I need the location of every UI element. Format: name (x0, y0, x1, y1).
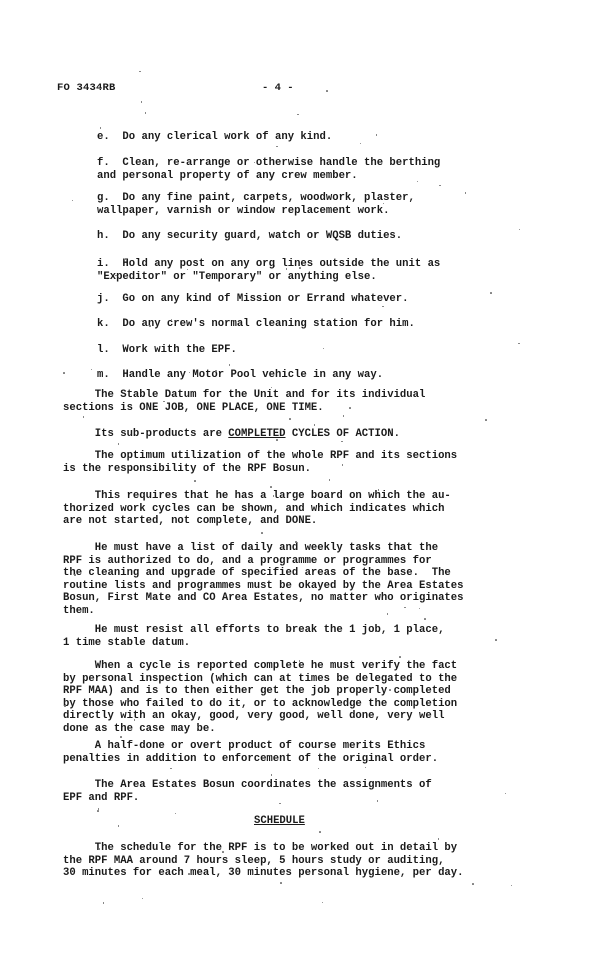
speck (97, 810, 99, 812)
speck (389, 689, 391, 691)
list-item: j. Go on any kind of Mission or Errand w… (97, 293, 527, 306)
paragraph-stable-datum: The Stable Datum for the Unit and for it… (63, 389, 543, 414)
speck (319, 831, 321, 833)
speck (376, 134, 378, 136)
speck (175, 813, 177, 815)
speck (438, 838, 440, 840)
speck (360, 143, 362, 145)
speck (318, 768, 320, 770)
speck (188, 873, 190, 875)
list-item: f. Clean, re-arrange or otherwise handle… (97, 157, 527, 182)
speck (490, 292, 492, 294)
paragraph-optimum: The optimum utilization of the whole RPF… (63, 450, 543, 475)
speck (439, 185, 441, 187)
speck (125, 258, 127, 260)
list-item: e. Do any clerical work of any kind. (97, 131, 527, 144)
speck (215, 370, 217, 372)
speck (323, 348, 325, 350)
speck (382, 306, 384, 308)
speck (261, 532, 263, 534)
speck (103, 902, 105, 904)
speck (98, 848, 100, 850)
speck (74, 574, 76, 576)
speck (349, 407, 351, 409)
speck (229, 364, 231, 366)
speck (91, 369, 93, 371)
speck (142, 898, 144, 900)
document-id: FO 3434RB (57, 82, 116, 94)
paragraph-verify: When a cycle is reported complete he mus… (63, 660, 543, 735)
paragraph-board: This requires that he has a large board … (63, 490, 543, 528)
speck (72, 200, 74, 202)
speck (222, 851, 224, 853)
speck (341, 441, 343, 443)
speck (163, 401, 165, 403)
list-item: i. Hold any post on any org lines outsid… (97, 258, 527, 283)
speck (63, 372, 65, 374)
speck (118, 825, 120, 827)
speck (194, 480, 196, 482)
paragraph-resist: He must resist all efforts to break the … (63, 624, 543, 649)
paragraph-schedule: The schedule for the RPF is to be worked… (63, 842, 543, 880)
page-number: - 4 - (262, 82, 294, 94)
list-item: g. Do any fine paint, carpets, woodwork,… (97, 192, 527, 217)
speck (83, 416, 85, 418)
speck (271, 774, 273, 776)
speck (495, 639, 497, 641)
speck (149, 325, 151, 327)
speck (145, 112, 147, 114)
speck (299, 267, 301, 269)
sub-products-suffix: CYCLES OF ACTION. (286, 428, 400, 440)
list-item: l. Work with the EPF. (97, 344, 527, 357)
speck (472, 883, 474, 885)
speck (424, 618, 426, 620)
speck (322, 902, 324, 904)
speck (314, 424, 316, 426)
speck (399, 656, 401, 658)
speck (134, 719, 136, 721)
speck (139, 71, 141, 73)
list-item: m. Handle any Motor Pool vehicle in any … (97, 369, 527, 382)
speck (276, 146, 278, 148)
list-item: h. Do any security guard, watch or WQSB … (97, 230, 527, 243)
speck (279, 803, 281, 805)
speck (365, 767, 367, 769)
speck (170, 768, 172, 770)
speck (64, 705, 66, 707)
speck (297, 114, 299, 116)
schedule-heading: SCHEDULE (254, 815, 305, 827)
speck (511, 885, 513, 887)
paragraph-list-tasks: He must have a list of daily and weekly … (63, 542, 543, 617)
document-page: FO 3434RB - 4 - e. Do any clerical work … (0, 0, 600, 956)
speck (197, 726, 199, 728)
speck (276, 439, 278, 441)
paragraph-coordinates: The Area Estates Bosun coordinates the a… (63, 779, 543, 804)
sub-products-text: Its sub-products are (63, 428, 228, 440)
speck (100, 127, 102, 129)
speck (329, 479, 331, 481)
speck (295, 541, 297, 543)
speck (99, 88, 101, 90)
paragraph-sub-products: Its sub-products are COMPLETED CYCLES OF… (63, 428, 543, 441)
speck (289, 418, 291, 420)
speck (270, 486, 272, 488)
speck (118, 443, 120, 445)
speck (120, 736, 122, 738)
speck (485, 419, 487, 421)
list-item: k. Do any crew's normal cleaning station… (97, 318, 527, 331)
speck (326, 90, 328, 92)
speck (343, 415, 345, 417)
speck (280, 882, 282, 884)
paragraph-half-done: A half-done or overt product of course m… (63, 740, 543, 765)
speck (141, 101, 143, 103)
